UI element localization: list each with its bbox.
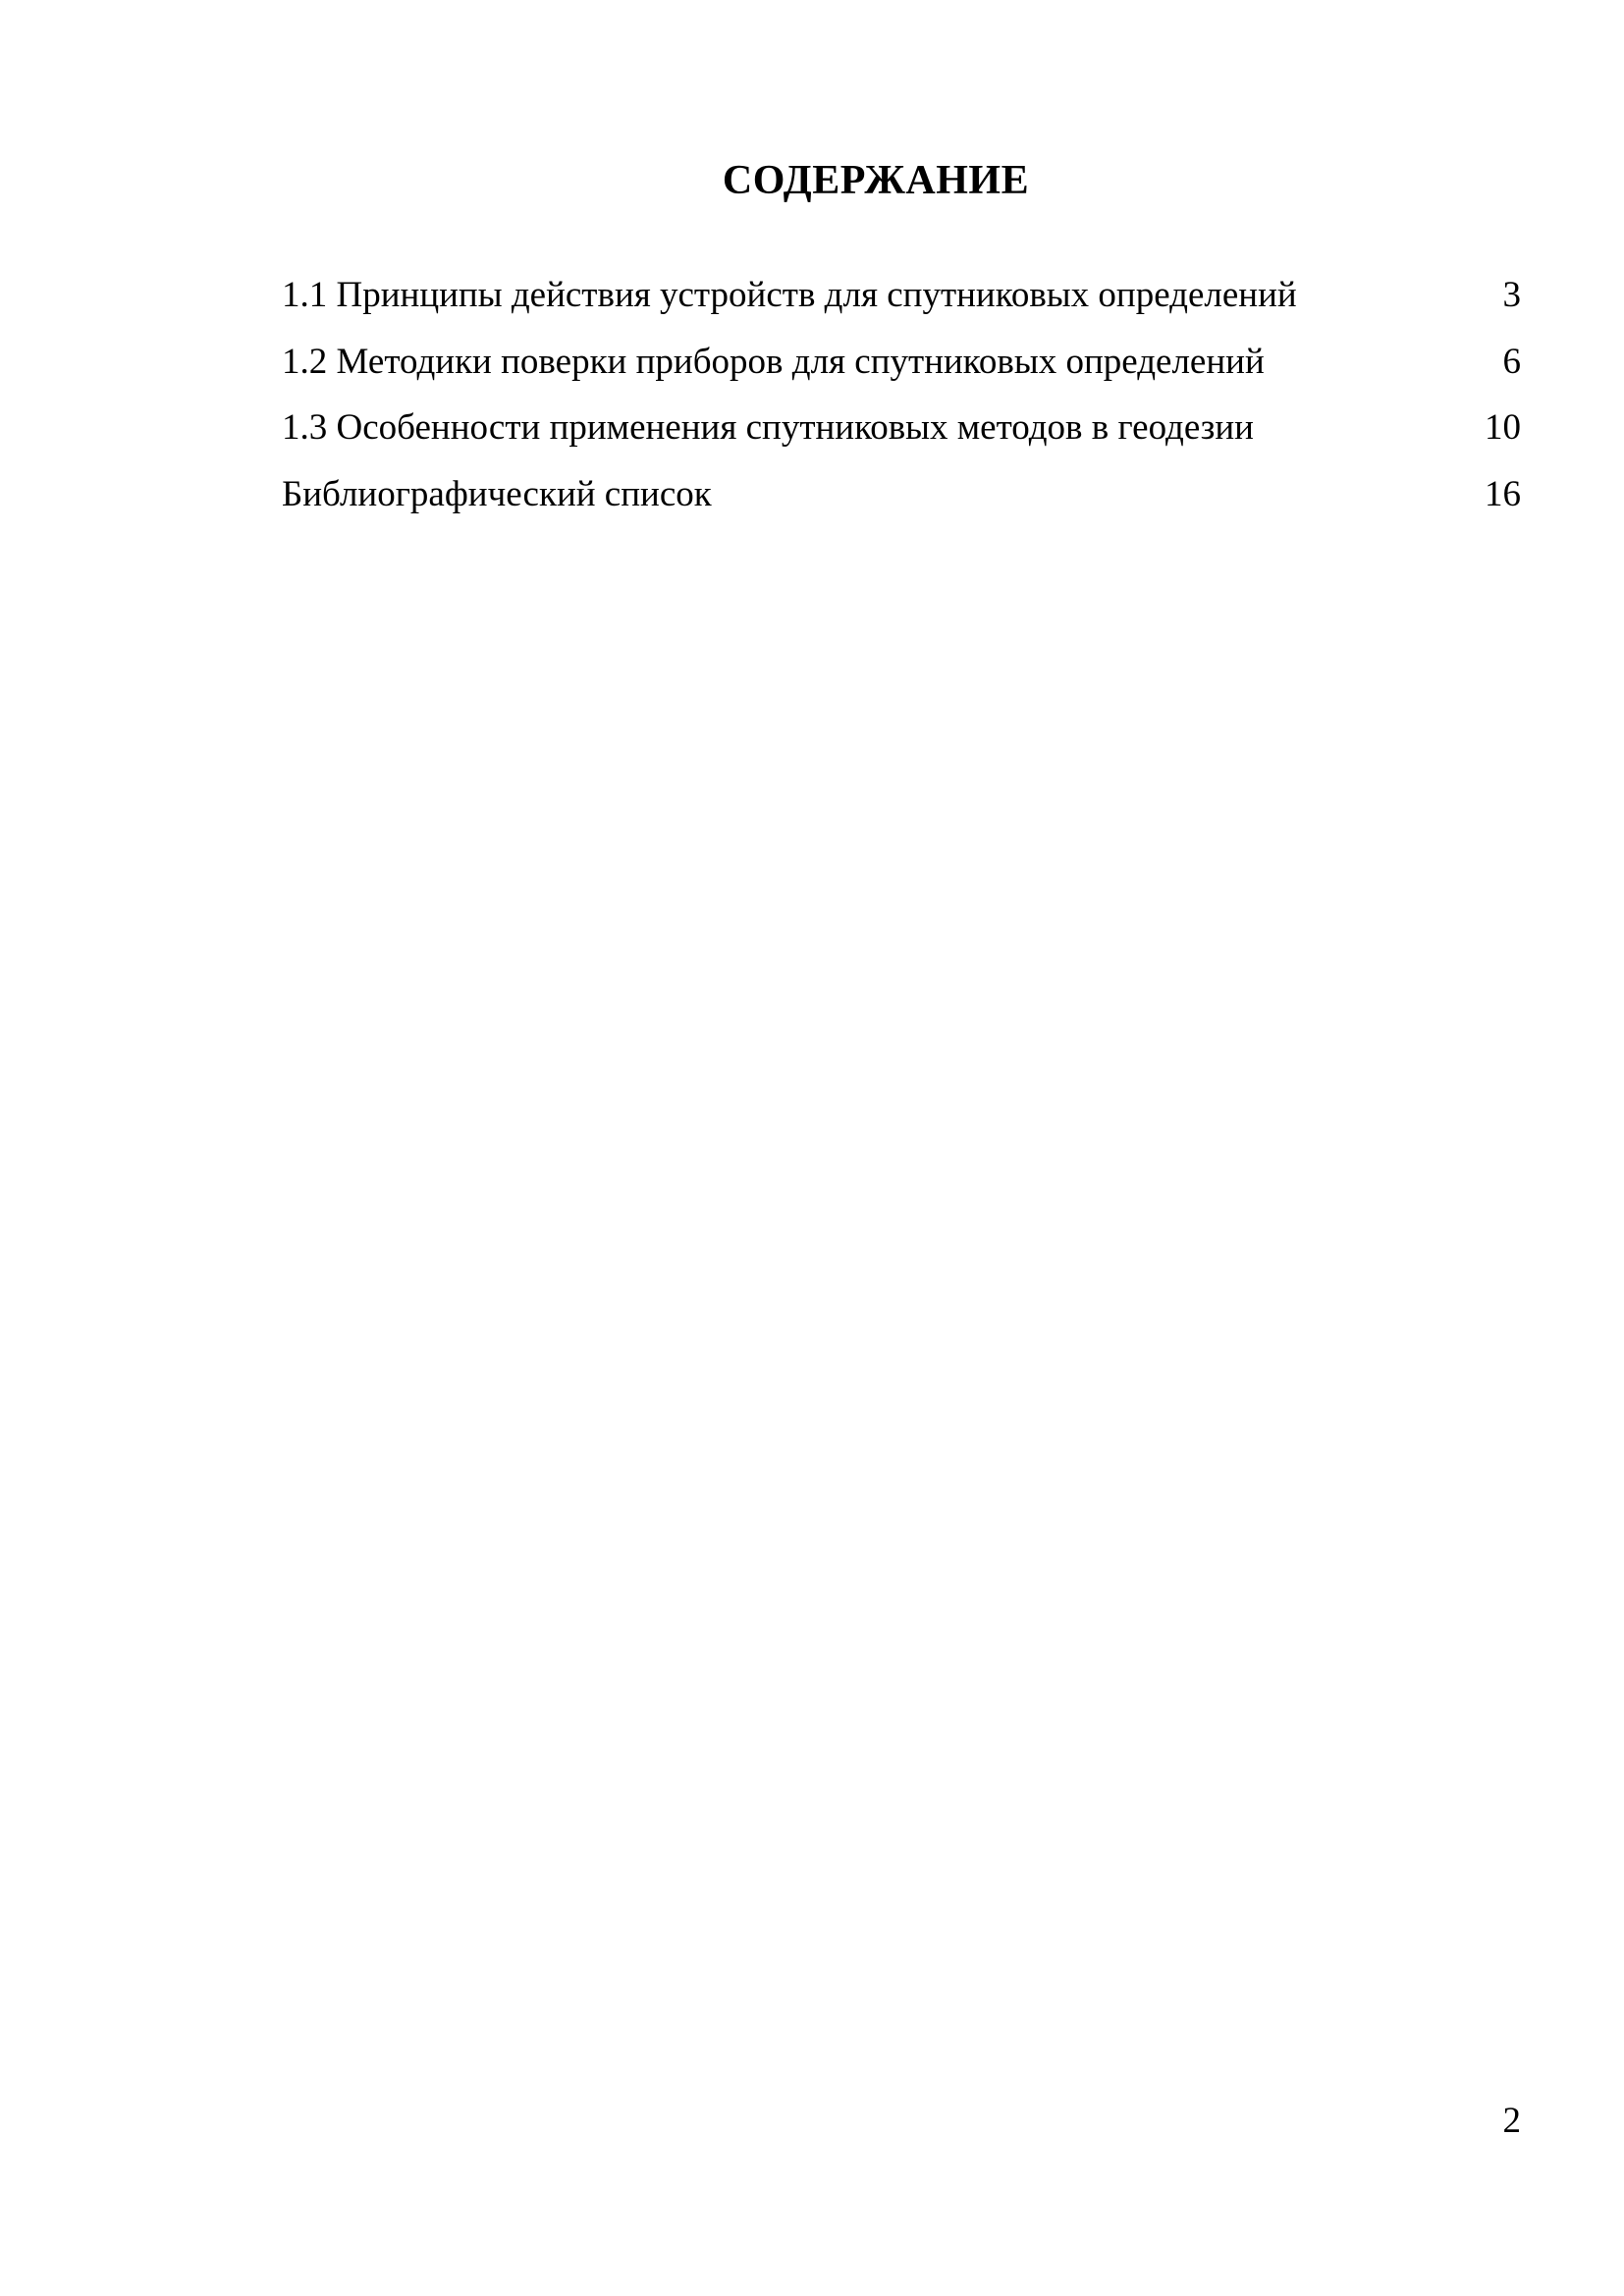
toc-entry-page: 3	[1503, 271, 1522, 320]
toc-entry-page: 6	[1503, 338, 1522, 387]
page-number: 2	[1503, 2099, 1522, 2144]
toc-entry-page: 10	[1485, 403, 1521, 453]
toc-entry: Библиографический список 16	[282, 470, 1521, 537]
toc-entry-label: 1.3 Особенности применения спутниковых м…	[282, 403, 1254, 453]
document-page: СОДЕРЖАНИЕ 1.1 Принципы действия устройс…	[0, 0, 1624, 2296]
toc-entry: 1.1 Принципы действия устройств для спут…	[282, 271, 1521, 338]
toc-entry-page: 16	[1485, 470, 1521, 519]
toc-entry: 1.2 Методики поверки приборов для спутни…	[282, 338, 1521, 404]
table-of-contents: 1.1 Принципы действия устройств для спут…	[282, 271, 1521, 536]
toc-entry-label: Библиографический список	[282, 470, 712, 519]
toc-entry-label: 1.1 Принципы действия устройств для спут…	[282, 271, 1297, 320]
page-title: СОДЕРЖАНИЕ	[0, 155, 1624, 206]
toc-entry-label: 1.2 Методики поверки приборов для спутни…	[282, 338, 1265, 387]
toc-entry: 1.3 Особенности применения спутниковых м…	[282, 403, 1521, 470]
